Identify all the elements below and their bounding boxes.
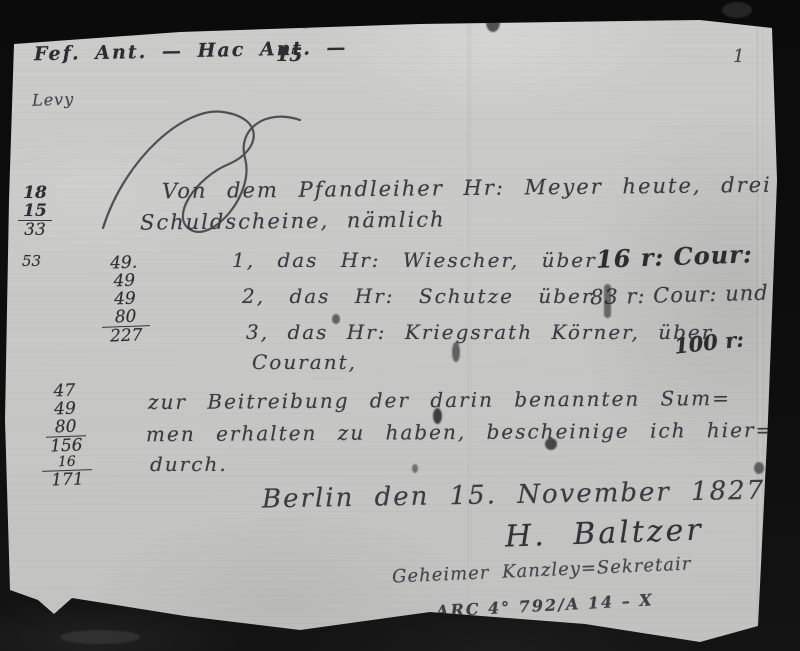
calc-column-upper: 18 15 33 [14, 184, 56, 239]
item-1-amount: 16 r: Cour: [596, 239, 754, 273]
calc-value: 49 [54, 400, 76, 419]
scan-canvas: Fef. Ant. — Hac Ant. — 15 1 Levy 18 15 3… [0, 0, 800, 651]
calc-value: 49. [110, 254, 138, 273]
item-1-text: 1, das Hr: Wiescher, über [232, 248, 597, 272]
horizontal-fold-crease-lower [20, 474, 750, 476]
calc-total: 171 [42, 469, 93, 490]
right-edge-shadow [757, 24, 763, 629]
signature-name: H. Baltzer [504, 513, 704, 555]
closing-line-3: durch. [150, 452, 228, 476]
item-2-amount: 83 r: Cour: und [590, 281, 769, 310]
calc-value: 15 [23, 202, 47, 220]
item-2-text: 2, das Hr: Schutze über [242, 284, 593, 308]
name-note: Levy [32, 89, 75, 109]
document-paper: Fef. Ant. — Hac Ant. — 15 1 Levy 18 15 3… [0, 0, 800, 651]
calc-sum: 227 [102, 325, 151, 346]
ink-blot [452, 342, 460, 362]
calc-value: 49 [113, 272, 135, 291]
docket-number: 15 [276, 44, 302, 66]
ink-blot [412, 464, 418, 473]
ink-blot [433, 408, 442, 424]
ink-blot [604, 284, 611, 318]
ink-blot [260, 0, 268, 22]
body-line-2: Schuldscheine, nämlich [140, 207, 446, 234]
calc-value: 49 [114, 290, 136, 309]
calc-carry: 16 [58, 455, 76, 471]
ink-blot [180, 8, 188, 16]
item-3-continuation: Courant, [252, 350, 357, 374]
body-line-1: Von dem Pfandleiher Hr: Meyer heute, dre… [162, 173, 772, 203]
calc-value: 47 [53, 382, 75, 401]
calc-sum: 33 [18, 220, 52, 239]
ink-blot [296, 2, 314, 28]
calc-note-53: 53 [22, 252, 41, 270]
calc-value: 18 [23, 184, 47, 202]
calc-value: 80 [114, 308, 136, 327]
signature-title: Geheimer Kanzley=Sekretair [392, 553, 692, 587]
calc-column-lower: 47 49 80 156 16 171 [38, 381, 94, 490]
ink-blot [486, 12, 500, 32]
item-3-text: 3, das Hr: Kriegsrath Körner, über [246, 320, 713, 344]
background-smudge [722, 2, 752, 18]
dateline: Berlin den 15. November 1827. [262, 476, 776, 515]
ink-blot [545, 438, 557, 450]
ink-blot [754, 462, 764, 474]
page-number: 1 [733, 46, 744, 67]
calc-value: 80 [55, 418, 77, 437]
ink-blot [318, 12, 328, 26]
calc-subtotal: 156 [46, 435, 87, 455]
closing-line-2: men erhalten zu haben, bescheinige ich h… [146, 418, 774, 446]
ink-blot [332, 314, 340, 324]
calc-column-middle: 49. 49 49 80 227 [98, 253, 151, 346]
background-smudge [60, 630, 140, 644]
